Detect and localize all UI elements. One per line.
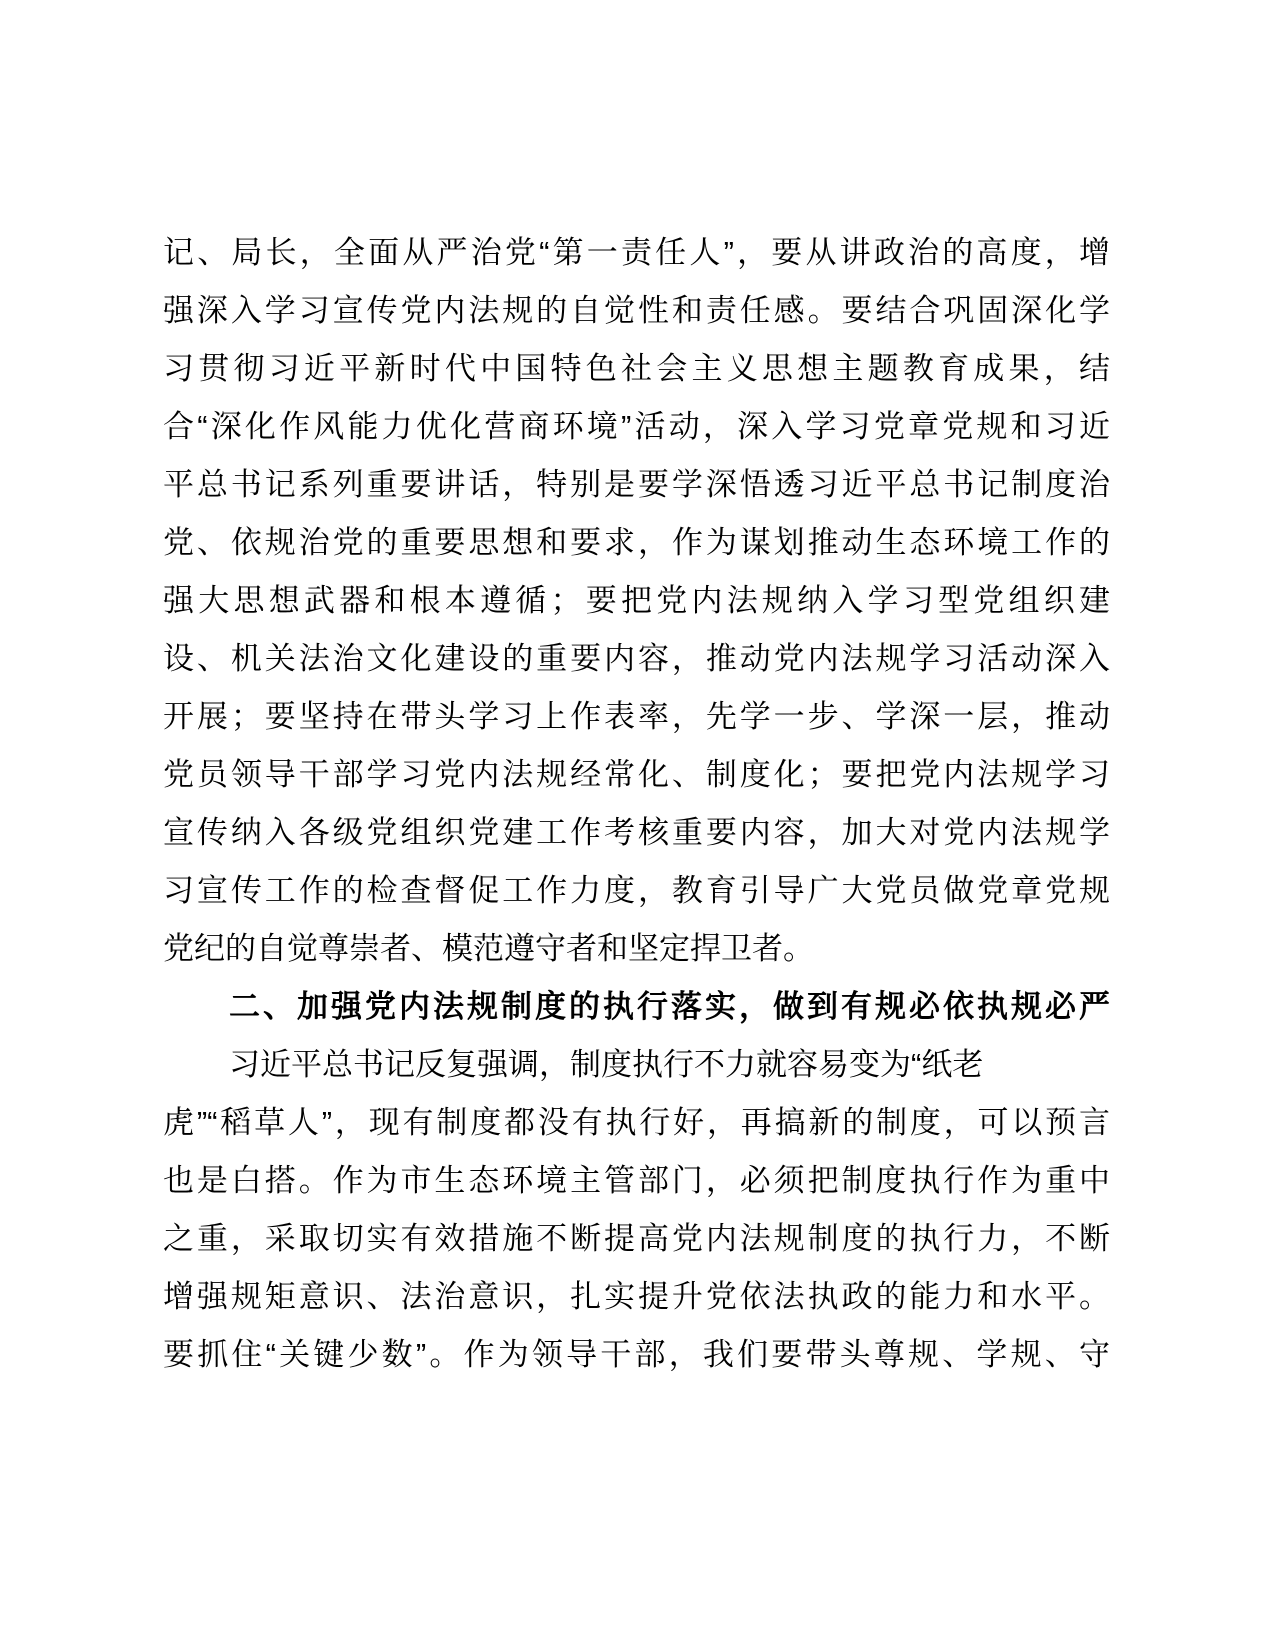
- text-line: 党、依规治党的重要思想和要求，作为谋划推动生态环境工作的: [163, 514, 1110, 572]
- text-line: 设、机关法治文化建设的重要内容，推动党内法规学习活动深入: [163, 630, 1110, 688]
- document-page: 记、局长，全面从严治党“第一责任人”，要从讲政治的高度，增强深入学习宣传党内法规…: [0, 0, 1275, 1650]
- section-heading-2: 二、加强党内法规制度的执行落实，做到有规必依执规必严: [163, 978, 1110, 1036]
- text-line: 强大思想武器和根本遵循；要把党内法规纳入学习型党组织建: [163, 572, 1110, 630]
- text-line: 之重，采取切实有效措施不断提高党内法规制度的执行力，不断: [163, 1210, 1110, 1268]
- text-line: 平总书记系列重要讲话，特别是要学深悟透习近平总书记制度治: [163, 456, 1110, 514]
- text-line: 合“深化作风能力优化营商环境”活动，深入学习党章党规和习近: [163, 398, 1110, 456]
- text-line: 习宣传工作的检查督促工作力度，教育引导广大党员做党章党规: [163, 862, 1110, 920]
- text-line: 也是白搭。作为市生态环境主管部门，必须把制度执行作为重中: [163, 1152, 1110, 1210]
- document-text-block: 记、局长，全面从严治党“第一责任人”，要从讲政治的高度，增强深入学习宣传党内法规…: [163, 224, 1110, 1384]
- text-line: 要抓住“关键少数”。作为领导干部，我们要带头尊规、学规、守: [163, 1326, 1110, 1384]
- text-line: 记、局长，全面从严治党“第一责任人”，要从讲政治的高度，增: [163, 224, 1110, 282]
- text-line: 习近平总书记反复强调，制度执行不力就容易变为“纸老: [163, 1036, 1110, 1094]
- text-line: 开展；要坚持在带头学习上作表率，先学一步、学深一层，推动: [163, 688, 1110, 746]
- text-line: 党纪的自觉尊崇者、模范遵守者和坚定捍卫者。: [163, 920, 1110, 978]
- paragraph-section-2-body: 习近平总书记反复强调，制度执行不力就容易变为“纸老虎”“稻草人”，现有制度都没有…: [163, 1036, 1110, 1384]
- text-line: 增强规矩意识、法治意识，扎实提升党依法执政的能力和水平。: [163, 1268, 1110, 1326]
- text-line: 宣传纳入各级党组织党建工作考核重要内容，加大对党内法规学: [163, 804, 1110, 862]
- text-line: 二、加强党内法规制度的执行落实，做到有规必依执规必严: [163, 978, 1110, 1036]
- text-line: 习贯彻习近平新时代中国特色社会主义思想主题教育成果，结: [163, 340, 1110, 398]
- paragraph-continuation: 记、局长，全面从严治党“第一责任人”，要从讲政治的高度，增强深入学习宣传党内法规…: [163, 224, 1110, 978]
- text-line: 虎”“稻草人”，现有制度都没有执行好，再搞新的制度，可以预言: [163, 1094, 1110, 1152]
- text-line: 强深入学习宣传党内法规的自觉性和责任感。要结合巩固深化学: [163, 282, 1110, 340]
- text-line: 党员领导干部学习党内法规经常化、制度化；要把党内法规学习: [163, 746, 1110, 804]
